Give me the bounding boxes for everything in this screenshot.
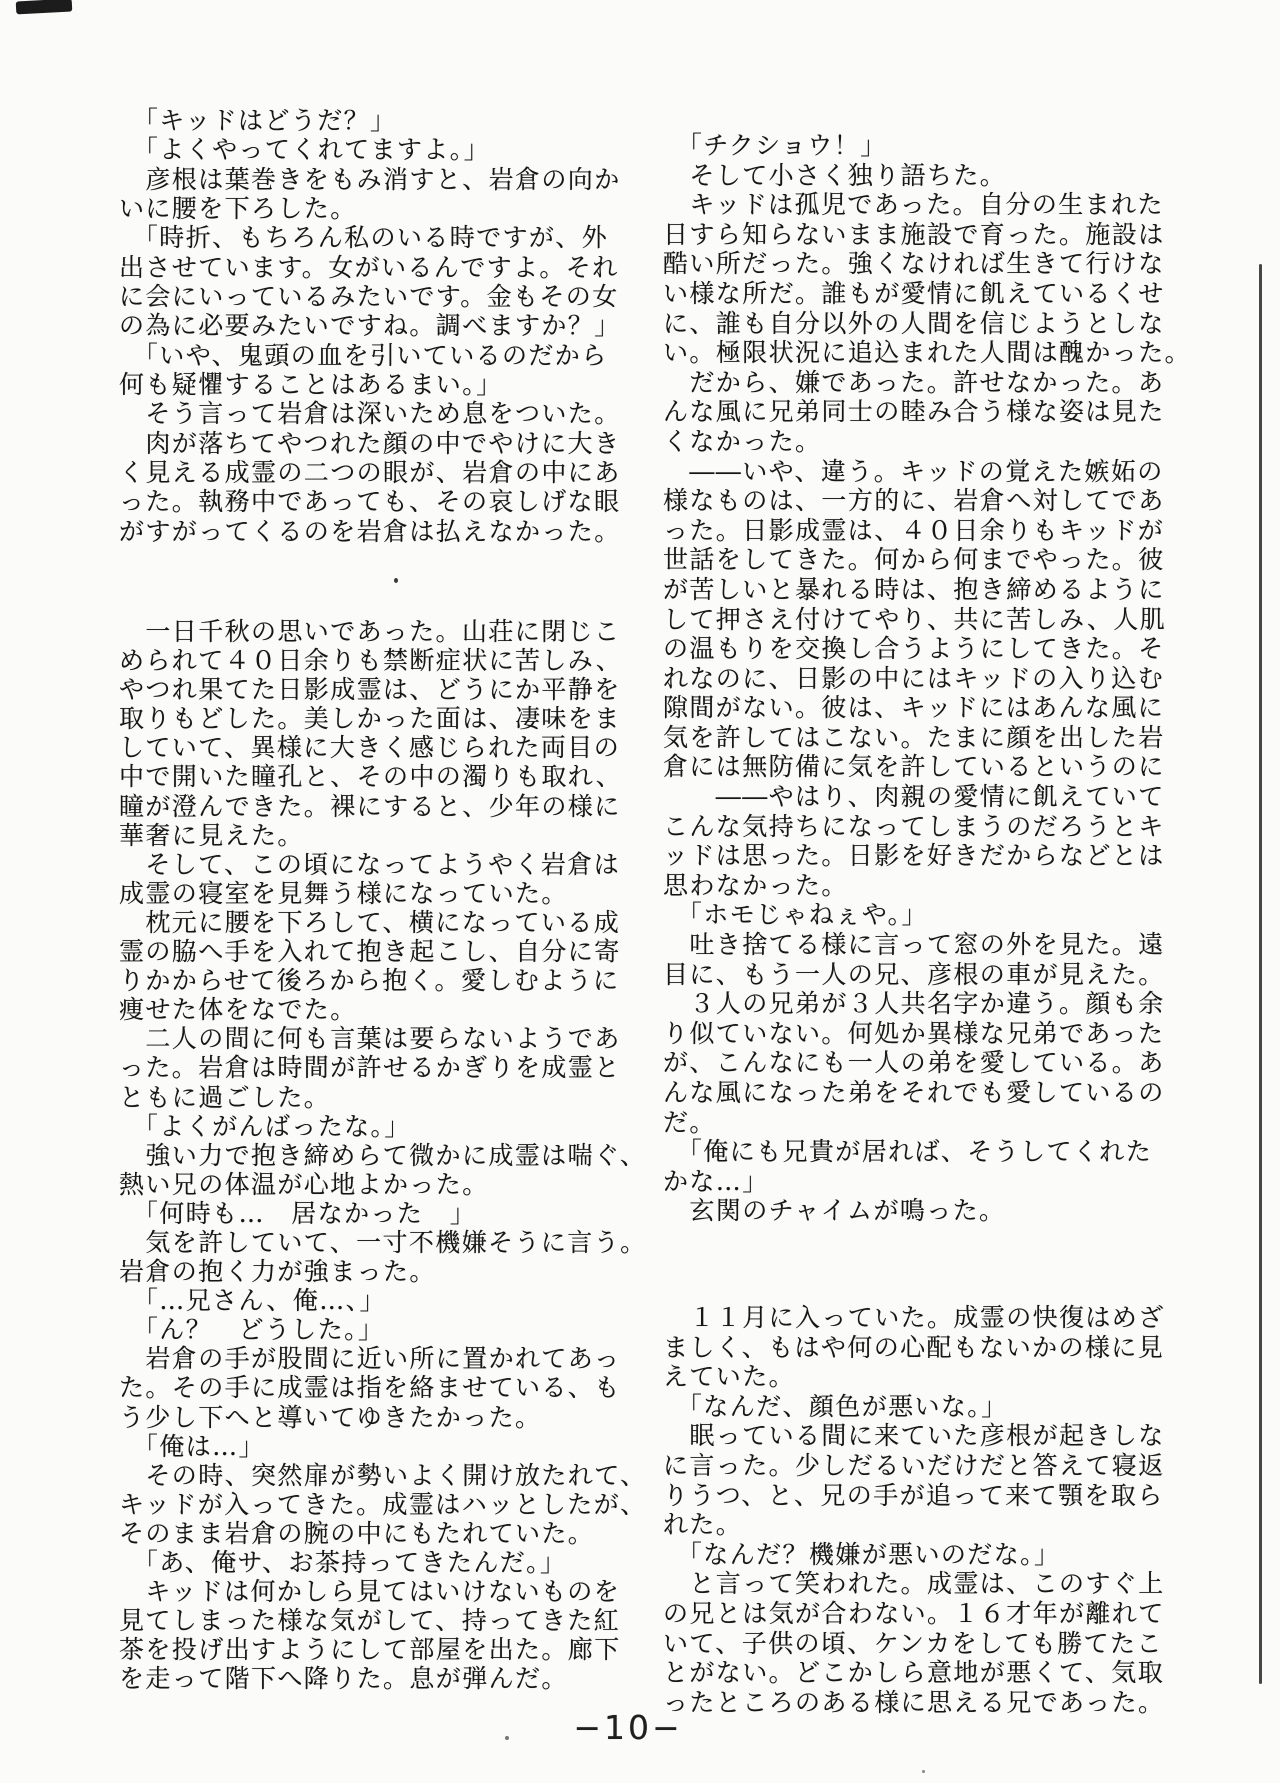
text-line: 隙間がない。彼は、キッドにはあんな風に [663, 688, 1223, 718]
text-line: に言った。少しだるいだけだと答えて寝返 [663, 1446, 1223, 1476]
text-line: がすがってくるのを岩倉は払えなかった。 [119, 512, 664, 541]
right-column-paragraph-block-2: １１月に入っていた。成霊の快復はめざましく、もはや何の心配もないかの様に見えてい… [663, 1298, 1223, 1712]
text-line: 「俺にも兄貴が居れば、そうしてくれた [663, 1132, 1223, 1162]
text-line: んな風に兄弟同士の睦み合う様な姿は見た [663, 392, 1223, 422]
left-column-paragraph-block-2: 一日千秋の思いであった。山荘に閉じこめられて４０日余りも禁断症状に苦しみ、やつれ… [119, 612, 664, 1688]
text-line: りうつ、と、兄の手が追って来て顎を取ら [663, 1476, 1223, 1506]
text-line: 思わなかった。 [663, 866, 1223, 896]
text-line: そして小さく独り語ちた。 [663, 156, 1223, 186]
text-line: と言って笑われた。成霊は、このすぐ上 [663, 1564, 1223, 1594]
text-line: こんな気持ちになってしまうのだろうとキ [663, 807, 1223, 837]
text-line: 「なんだ？機嫌が悪いのだな。」 [663, 1535, 1223, 1565]
text-line: が、こんなにも一人の弟を愛している。あ [663, 1043, 1223, 1073]
text-line: 気を許してはこない。たまに顔を出した岩 [663, 718, 1223, 748]
text-line: だから、嫌であった。許せなかった。あ [663, 363, 1223, 393]
text-line: 「ん？ どうした。」 [119, 1310, 664, 1339]
text-line: ――やはり、肉親の愛情に飢えていて [663, 777, 1223, 807]
text-line: 「いや、鬼頭の血を引いているのだから [119, 336, 664, 365]
text-line: その時、突然扉が勢いよく開け放たれて、 [119, 1456, 664, 1485]
text-line: だ。 [663, 1103, 1223, 1133]
text-line: が苦しいと暴れる時は、抱き締めるように [663, 570, 1223, 600]
text-line: められて４０日余りも禁断症状に苦しみ、 [119, 641, 664, 670]
text-line: 「よくがんばったな。」 [119, 1107, 664, 1136]
text-line: 「何時も… 居なかった 」 [119, 1194, 664, 1223]
scan-artifact-right-edge-line [1259, 264, 1262, 1684]
page-number: −10− [528, 1708, 728, 1747]
text-line: 中で開いた瞳孔と、その中の濁りも取れ、 [119, 757, 664, 786]
text-line: キッドは孤児であった。自分の生まれた [663, 185, 1223, 215]
text-line: い。極限状況に追込まれた人間は醜かった。 [663, 333, 1223, 363]
text-line: 「ホモじゃねぇや。」 [663, 895, 1223, 925]
text-line: そう言って岩倉は深いため息をついた。 [119, 394, 664, 423]
text-line: った。日影成霊は、４０日余りもキッドが [663, 511, 1223, 541]
scan-speck [922, 1770, 925, 1773]
text-line: に、誰も自分以外の人間を信じようとしな [663, 304, 1223, 334]
scanned-page: 「キッドはどうだ？」 「よくやってくれてますよ。」 彦根は葉巻きをもみ消すと、岩… [0, 0, 1280, 1783]
text-line: 様なものは、一方的に、岩倉へ対してであ [663, 481, 1223, 511]
text-line: 彦根は葉巻きをもみ消すと、岩倉の向か [119, 160, 664, 189]
text-line: キッドは何かしら見てはいけないものを [119, 1572, 664, 1601]
text-line: り似ていない。何処か異様な兄弟であった [663, 1014, 1223, 1044]
text-line: 吐き捨てる様に言って窓の外を見た。遠 [663, 925, 1223, 955]
text-line: ッドは思った。日影を好きだからなどとは [663, 836, 1223, 866]
text-line: 取りもどした。美しかった面は、凄味をま [119, 699, 664, 728]
text-line: １１月に入っていた。成霊の快復はめざ [663, 1298, 1223, 1328]
text-line: 肉が落ちてやつれた顔の中でやけに大き [119, 424, 664, 453]
text-line: ３人の兄弟が３人共名字か違う。顔も余 [663, 984, 1223, 1014]
text-line: 枕元に腰を下ろして、横になっている成 [119, 903, 664, 932]
text-line: 「時折、もちろん私のいる時ですが、外 [119, 218, 664, 247]
text-line: く見える成霊の二つの眼が、岩倉の中にあ [119, 453, 664, 482]
text-line: キッドが入ってきた。成霊はハッとしたが、 [119, 1485, 664, 1514]
scan-artifact-top-left [16, 0, 73, 14]
text-line: い様な所だ。誰もが愛情に飢えているくせ [663, 274, 1223, 304]
text-line: の温もりを交換し合うようにしてきた。そ [663, 629, 1223, 659]
text-line: かな…」 [663, 1162, 1223, 1192]
text-line: そして、この頃になってようやく岩倉は [119, 845, 664, 874]
text-line: んな風になった弟をそれでも愛しているの [663, 1073, 1223, 1103]
text-line: 見てしまった様な気がして、持ってきた紅 [119, 1601, 664, 1630]
text-line: 世話をしてきた。何から何までやった。彼 [663, 540, 1223, 570]
text-line: やつれ果てた日影成霊は、どうにか平静を [119, 670, 664, 699]
text-line: ったところのある様に思える兄であった。 [663, 1683, 1223, 1713]
text-line: 強い力で抱き締めらて微かに成霊は喘ぐ、 [119, 1136, 664, 1165]
text-line: 出させています。女がいるんですよ。それ [119, 248, 664, 277]
text-line: 霊の脇へ手を入れて抱き起こし、自分に寄 [119, 932, 664, 961]
scan-speck [505, 1736, 509, 1740]
text-line: た。その手に成霊は指を絡ませている、も [119, 1368, 664, 1397]
text-line: った。岩倉は時間が許せるかぎりを成霊と [119, 1048, 664, 1077]
text-line: 二人の間に何も言葉は要らないようであ [119, 1019, 664, 1048]
text-line: いて、子供の頃、ケンカをしても勝てたこ [663, 1624, 1223, 1654]
scan-speck [394, 578, 398, 583]
text-line: 岩倉の手が股間に近い所に置かれてあっ [119, 1339, 664, 1368]
text-line: して押さえ付けてやり、共に苦しみ、人肌 [663, 600, 1223, 630]
text-line: くなかった。 [663, 422, 1223, 452]
text-line: の為に必要みたいですね。調べますか？」 [119, 306, 664, 335]
left-column-paragraph-block-1: 「キッドはどうだ？」 「よくやってくれてますよ。」 彦根は葉巻きをもみ消すと、岩… [119, 101, 664, 541]
text-line: 「よくやってくれてますよ。」 [119, 130, 664, 159]
text-line: った。執務中であっても、その哀しげな眼 [119, 482, 664, 511]
text-line: していて、異様に大きく感じられた両目の [119, 728, 664, 757]
text-line: 眠っている間に来ていた彦根が起きしな [663, 1416, 1223, 1446]
right-column-paragraph-block-1: 「チクショウ！」 そして小さく独り語ちた。 キッドは孤児であった。自分の生まれた… [663, 126, 1223, 1221]
text-line: に会にいっているみたいです。金もその女 [119, 277, 664, 306]
text-line: ましく、もはや何の心配もないかの様に見 [663, 1328, 1223, 1358]
text-line: りかからせて後ろから抱く。愛しむように [119, 961, 664, 990]
text-line: 瞳が澄んできた。裸にすると、少年の様に [119, 787, 664, 816]
text-line: 倉には無防備に気を許しているというのに [663, 747, 1223, 777]
text-line: 日すら知らないまま施設で育った。施設は [663, 215, 1223, 245]
text-line: の兄とは気が合わない。１６才年が離れて [663, 1594, 1223, 1624]
text-line: 茶を投げ出すようにして部屋を出た。廊下 [119, 1630, 664, 1659]
text-line: 「チクショウ！」 [663, 126, 1223, 156]
text-line: 一日千秋の思いであった。山荘に閉じこ [119, 612, 664, 641]
text-line: 酷い所だった。強くなければ生きて行けな [663, 244, 1223, 274]
text-line: 気を許していて、一寸不機嫌そうに言う。 [119, 1223, 664, 1252]
text-line: 「なんだ、顔色が悪いな。」 [663, 1387, 1223, 1417]
text-line: 目に、もう一人の兄、彦根の車が見えた。 [663, 955, 1223, 985]
text-line: とがない。どこかしら意地が悪くて、気取 [663, 1653, 1223, 1683]
text-line: そのまま岩倉の腕の中にもたれていた。 [119, 1514, 664, 1543]
text-line: ――いや、違う。キッドの覚えた嫉妬の [663, 452, 1223, 482]
text-line: れなのに、日影の中にはキッドの入り込む [663, 659, 1223, 689]
text-line: 玄関のチャイムが鳴った。 [663, 1191, 1223, 1221]
text-line: 「キッドはどうだ？」 [119, 101, 664, 130]
